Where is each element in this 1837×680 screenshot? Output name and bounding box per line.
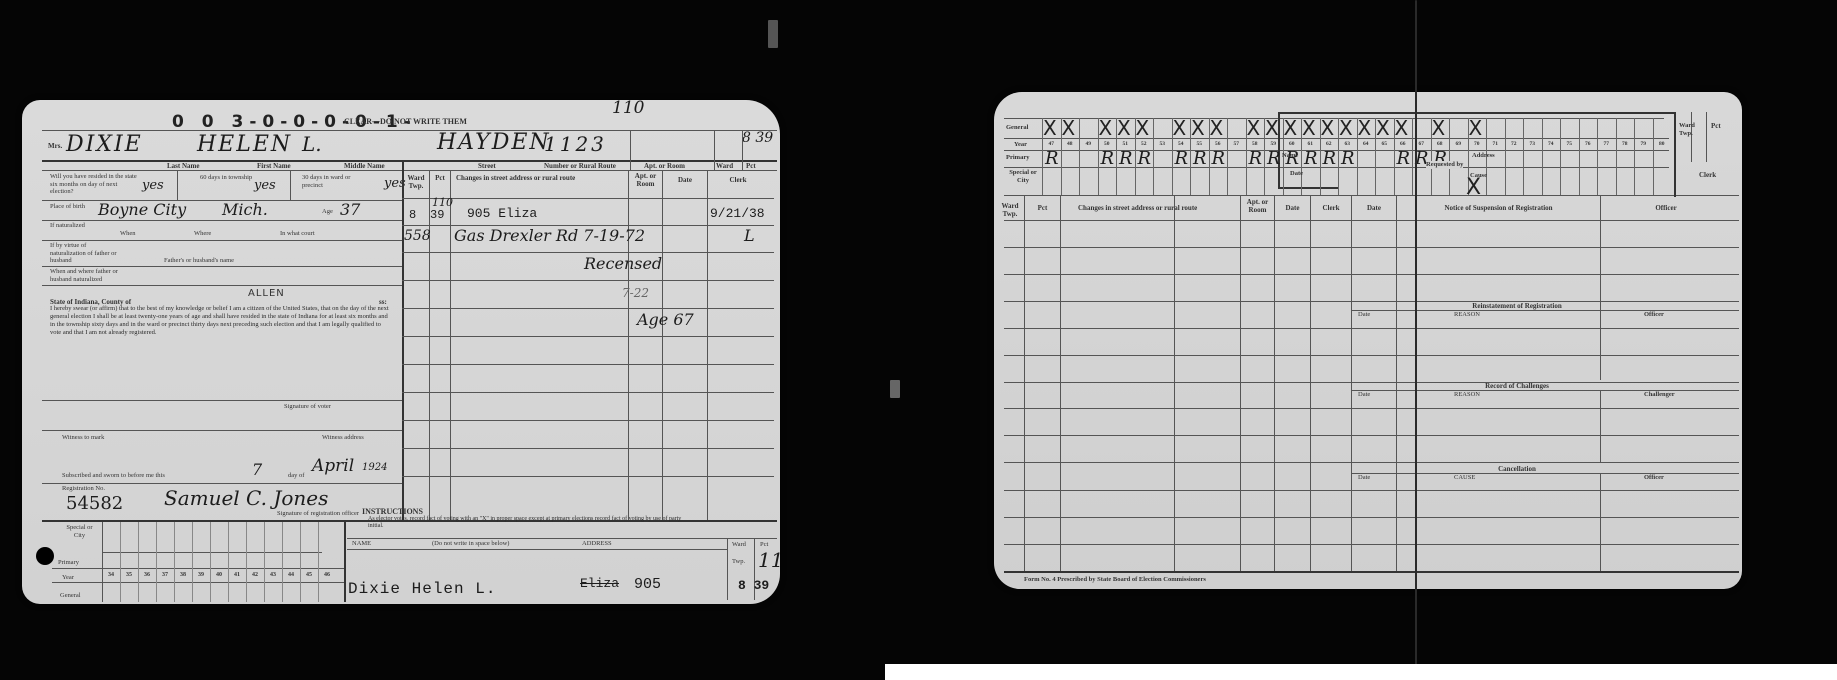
row2-clerk: L bbox=[744, 226, 755, 245]
q-township: 60 days in township bbox=[200, 174, 260, 182]
stamp-note: CLEAR—DO NOT WRITE THEM bbox=[344, 118, 467, 126]
year-cell: 41 bbox=[228, 572, 246, 578]
col-pct: Pct bbox=[430, 174, 450, 182]
registration-card-back: General Year Primary Special or City War… bbox=[994, 92, 1742, 589]
label-last-name: Last Name bbox=[167, 162, 199, 170]
a-township: yes bbox=[254, 178, 276, 193]
birth-place: Boyne City bbox=[98, 200, 186, 219]
grid-divider bbox=[1653, 118, 1654, 195]
general-vote-mark: X bbox=[1210, 118, 1224, 138]
scan-seam bbox=[1415, 0, 1417, 680]
general-vote-mark: X bbox=[1117, 118, 1131, 138]
year-cell: 52 bbox=[1135, 141, 1154, 147]
year-cell: 76 bbox=[1579, 141, 1598, 147]
reinstatement-reason: REASON bbox=[1454, 311, 1480, 319]
year-cell: 66 bbox=[1394, 141, 1413, 147]
instructions-text: As elector votes, record fact of voting … bbox=[368, 516, 688, 530]
year-cell: 65 bbox=[1375, 141, 1394, 147]
q-state-residence: Will you have resided in the state six m… bbox=[50, 173, 140, 196]
row-label-general: General bbox=[1006, 124, 1028, 132]
scan-artifact bbox=[768, 20, 778, 48]
reinstatement-date: Date bbox=[1358, 311, 1370, 319]
birth-state: Mich. bbox=[222, 200, 268, 219]
year-cell: 68 bbox=[1431, 141, 1450, 147]
label-father-name: Father's or husband's name bbox=[164, 257, 234, 265]
year-cell: 63 bbox=[1338, 141, 1357, 147]
general-vote-mark: X bbox=[1339, 118, 1353, 138]
year-cell: 50 bbox=[1098, 141, 1117, 147]
year-cell: 49 bbox=[1079, 141, 1098, 147]
general-vote-mark: X bbox=[1191, 118, 1205, 138]
officer-signature: Samuel C. Jones bbox=[164, 486, 328, 510]
label-age: Age bbox=[322, 208, 333, 216]
general-vote-mark: X bbox=[1395, 118, 1409, 138]
row2-address: Gas Drexler Rd 7-19-72 bbox=[454, 226, 645, 245]
signature-label: Signature of voter bbox=[284, 403, 331, 411]
day-of-label: day of bbox=[288, 472, 304, 480]
officer-label: Signature of registration officer bbox=[277, 510, 359, 518]
grid-divider bbox=[1560, 118, 1561, 195]
year-cell: 48 bbox=[1061, 141, 1080, 147]
general-vote-mark: X bbox=[1376, 118, 1390, 138]
name-label: NAME bbox=[352, 540, 371, 548]
grid-divider bbox=[1542, 118, 1543, 195]
col-apt: Apt. or Room bbox=[1241, 198, 1274, 214]
row-label-primary: Primary bbox=[1006, 154, 1029, 162]
grid-divider bbox=[1153, 118, 1154, 195]
label-where: Where bbox=[194, 230, 211, 238]
registration-card-front: 0 0 3-0-0-0-0-1- CLEAR—DO NOT WRITE THEM… bbox=[22, 100, 780, 604]
primary-vote-mark: R bbox=[1045, 148, 1059, 169]
label-apt: Apt. or Room bbox=[644, 162, 685, 170]
primary-vote-mark: R bbox=[1193, 148, 1207, 169]
year-cell: 71 bbox=[1486, 141, 1505, 147]
year-cell: 42 bbox=[246, 572, 264, 578]
middle-name-value: L. bbox=[302, 132, 322, 156]
year-value: 1924 bbox=[362, 462, 387, 473]
label-ward-twp: Ward Twp. bbox=[1679, 122, 1693, 138]
year-cell: 43 bbox=[264, 572, 282, 578]
year-cell: 54 bbox=[1172, 141, 1191, 147]
label-when-where: When and where father or husband natural… bbox=[50, 268, 120, 283]
grid-divider bbox=[1505, 118, 1506, 195]
challenges-reason: REASON bbox=[1454, 391, 1480, 399]
year-cell: 69 bbox=[1449, 141, 1468, 147]
ward-pct-value: 8 39 bbox=[742, 130, 773, 146]
scan-artifact bbox=[890, 380, 900, 398]
label-pct: Pct bbox=[746, 162, 756, 170]
grid-divider bbox=[1597, 118, 1598, 195]
ward-label: Ward bbox=[732, 541, 746, 549]
subscribed-label: Subscribed and sworn to before me this bbox=[62, 472, 165, 480]
year-cell: 61 bbox=[1301, 141, 1320, 147]
row1-ward: 8 bbox=[409, 208, 416, 222]
form-footer: Form No. 4 Prescribed by State Board of … bbox=[1024, 576, 1206, 584]
general-vote-mark: X bbox=[1358, 118, 1372, 138]
col-date: Date bbox=[663, 176, 707, 184]
year-cell: 35 bbox=[120, 572, 138, 578]
address-label: ADDRESS bbox=[582, 540, 612, 548]
general-vote-mark: X bbox=[1136, 118, 1150, 138]
primary-vote-mark: R bbox=[1138, 148, 1152, 169]
label-when: When bbox=[120, 230, 136, 238]
label-by-virtue: If by virtue of naturalization of father… bbox=[50, 242, 120, 265]
do-not-write-label: (Do not write in space below) bbox=[432, 540, 509, 548]
twp-label: Twp. bbox=[732, 558, 745, 566]
row-label-general: General bbox=[60, 592, 81, 600]
year-cell: 79 bbox=[1634, 141, 1653, 147]
primary-vote-mark: R bbox=[1175, 148, 1189, 169]
reg-no-value: 54582 bbox=[66, 493, 123, 514]
year-cell: 57 bbox=[1227, 141, 1246, 147]
col-clerk: Clerk bbox=[708, 176, 768, 184]
punch-hole bbox=[36, 547, 54, 565]
suspension-officer: Officer bbox=[1601, 204, 1731, 212]
suspension-title: Notice of Suspension of Registration bbox=[1397, 204, 1600, 212]
challenges-date: Date bbox=[1358, 391, 1370, 399]
label-clerk: Clerk bbox=[1699, 171, 1716, 179]
year-cell: 53 bbox=[1153, 141, 1172, 147]
year-cell: 77 bbox=[1597, 141, 1616, 147]
typed-name: Dixie Helen L. bbox=[348, 580, 496, 598]
challenges-challenger: Challenger bbox=[1644, 391, 1675, 399]
year-cell: 38 bbox=[174, 572, 192, 578]
grid-divider bbox=[1523, 118, 1524, 195]
general-vote-mark: X bbox=[1265, 118, 1279, 138]
general-vote-mark: X bbox=[1432, 118, 1446, 138]
row-label-year: Year bbox=[62, 574, 74, 582]
year-cell: 46 bbox=[318, 572, 336, 578]
general-vote-mark: X bbox=[1062, 118, 1076, 138]
grid-divider bbox=[1616, 118, 1617, 195]
month-value: April bbox=[312, 456, 354, 476]
row-label-special: Special or City bbox=[1008, 169, 1038, 184]
cancellation-cause: CAUSE bbox=[1454, 474, 1475, 482]
row1-pct: 39 bbox=[430, 208, 444, 222]
row3-address: Recensed bbox=[584, 254, 662, 273]
county-value: ALLEN bbox=[248, 290, 285, 298]
year-cell: 44 bbox=[282, 572, 300, 578]
general-vote-mark: X bbox=[1469, 118, 1483, 138]
reinstatement-officer: Officer bbox=[1644, 311, 1664, 319]
year-cell: 78 bbox=[1616, 141, 1635, 147]
year-cell: 73 bbox=[1523, 141, 1542, 147]
general-vote-mark: X bbox=[1302, 118, 1316, 138]
age-value: 37 bbox=[340, 200, 360, 219]
year-cell: 51 bbox=[1116, 141, 1135, 147]
primary-vote-mark: R bbox=[1323, 148, 1337, 169]
year-cell: 47 bbox=[1042, 141, 1061, 147]
year-cell: 74 bbox=[1542, 141, 1561, 147]
grid-divider bbox=[1079, 118, 1080, 195]
row-label-year: Year bbox=[1014, 141, 1027, 149]
general-vote-mark: X bbox=[1099, 118, 1113, 138]
top-right-number: 110 bbox=[612, 100, 644, 118]
number-value: 1123 bbox=[544, 132, 607, 156]
witness-address-label: Witness address bbox=[322, 434, 364, 442]
year-cell: 40 bbox=[210, 572, 228, 578]
grid-divider bbox=[1579, 118, 1580, 195]
label-number: Number or Rural Route bbox=[544, 162, 616, 170]
col-date: Date bbox=[1275, 204, 1310, 212]
primary-vote-mark: R bbox=[1119, 148, 1133, 169]
year-cell: 75 bbox=[1560, 141, 1579, 147]
overlay-requested: Requested by bbox=[1426, 161, 1463, 169]
general-vote-mark: X bbox=[1173, 118, 1187, 138]
primary-vote-mark: R bbox=[1304, 148, 1318, 169]
q-ward: 30 days in ward or precinct bbox=[302, 174, 372, 189]
label-street: Street bbox=[478, 162, 496, 170]
challenges-title: Record of Challenges bbox=[1352, 382, 1682, 390]
label-middle-name: Middle Name bbox=[344, 162, 385, 170]
primary-vote-mark: R bbox=[1249, 148, 1263, 169]
a-state-residence: yes bbox=[142, 178, 164, 193]
general-vote-mark: X bbox=[1321, 118, 1335, 138]
year-cell: 37 bbox=[156, 572, 174, 578]
col-apt: Apt. or Room bbox=[629, 172, 662, 188]
row-label-primary: Primary bbox=[58, 559, 79, 567]
primary-vote-mark: R bbox=[1267, 148, 1281, 169]
year-cell: 55 bbox=[1190, 141, 1209, 147]
prefix-label: Mrs. bbox=[48, 142, 62, 150]
overlay-address: Address bbox=[1472, 152, 1495, 160]
row1-address: 905 Eliza bbox=[467, 206, 537, 221]
year-cell: 70 bbox=[1468, 141, 1487, 147]
year-cell: 62 bbox=[1320, 141, 1339, 147]
year-cell: 34 bbox=[102, 572, 120, 578]
pct-value: 110 bbox=[758, 548, 780, 572]
reg-no-label: Registration No. bbox=[62, 485, 105, 493]
typed-address: 905 bbox=[634, 576, 661, 593]
row5-address: Age 67 bbox=[637, 310, 694, 329]
row1-pct-note: 110 bbox=[432, 196, 453, 209]
grid-divider bbox=[1227, 118, 1228, 195]
year-cell: 39 bbox=[192, 572, 210, 578]
row1-date: 9/21/38 bbox=[710, 206, 765, 221]
general-vote-mark: X bbox=[1284, 118, 1298, 138]
primary-vote-mark: R bbox=[1101, 148, 1115, 169]
label-first-name: First Name bbox=[257, 162, 291, 170]
row4-address: 7-22 bbox=[622, 286, 649, 300]
primary-vote-mark: R bbox=[1397, 148, 1411, 169]
year-cell: 80 bbox=[1653, 141, 1672, 147]
suspension-date: Date bbox=[1352, 204, 1396, 212]
grid-divider bbox=[1634, 118, 1635, 195]
year-cell: 59 bbox=[1264, 141, 1283, 147]
label-pct: Pct bbox=[1711, 122, 1721, 130]
grid-divider bbox=[1412, 118, 1413, 195]
col-pct: Pct bbox=[1025, 204, 1060, 212]
day-value: 7 bbox=[252, 460, 262, 479]
last-name-value: DIXIE bbox=[66, 132, 143, 157]
year-cell: 72 bbox=[1505, 141, 1524, 147]
label-place-of-birth: Place of birth bbox=[50, 203, 90, 211]
overlay-date: Date bbox=[1290, 170, 1303, 178]
street-value: HAYDEN bbox=[437, 130, 551, 155]
year-cell: 58 bbox=[1246, 141, 1265, 147]
primary-vote-mark: R bbox=[1341, 148, 1355, 169]
reinstatement-title: Reinstatement of Registration bbox=[1352, 302, 1682, 310]
year-cell: 36 bbox=[138, 572, 156, 578]
col-changes: Changes in street address or rural route bbox=[1078, 204, 1197, 212]
cancellation-date: Date bbox=[1358, 474, 1370, 482]
oath-text: I hereby swear (or affirm) that to the b… bbox=[50, 305, 390, 337]
first-name-value: HELEN bbox=[197, 132, 292, 157]
col-ward: Ward Twp. bbox=[403, 174, 429, 190]
label-ward: Ward bbox=[716, 162, 733, 170]
col-clerk: Clerk bbox=[1311, 204, 1351, 212]
cancellation-title: Cancellation bbox=[1352, 465, 1682, 473]
overlay-name: Name bbox=[1282, 152, 1298, 160]
typed-address-struck: Eliza bbox=[580, 576, 619, 591]
cancellation-officer: Officer bbox=[1644, 474, 1664, 482]
label-naturalized: If naturalized bbox=[50, 222, 110, 230]
typed-ward-pct: 8 39 bbox=[738, 578, 769, 593]
year-cell: 60 bbox=[1283, 141, 1302, 147]
col-ward: Ward Twp. bbox=[996, 202, 1024, 218]
instructions-title: INSTRUCTIONS bbox=[362, 508, 423, 516]
grid-divider bbox=[1449, 118, 1450, 195]
row-label-special: Special or City bbox=[62, 524, 97, 539]
label-court: In what court bbox=[280, 230, 315, 238]
year-cell: 45 bbox=[300, 572, 318, 578]
scan-border bbox=[885, 664, 1837, 680]
witness-label: Witness to mark bbox=[62, 434, 104, 442]
col-changes: Changes in street address or rural route bbox=[456, 174, 575, 182]
cause-x-mark: X bbox=[1466, 178, 1481, 198]
general-vote-mark: X bbox=[1247, 118, 1261, 138]
primary-vote-mark: R bbox=[1212, 148, 1226, 169]
general-vote-mark: X bbox=[1043, 118, 1057, 138]
year-cell: 56 bbox=[1209, 141, 1228, 147]
year-cell: 64 bbox=[1357, 141, 1376, 147]
row2-ward: 558 bbox=[404, 228, 431, 244]
